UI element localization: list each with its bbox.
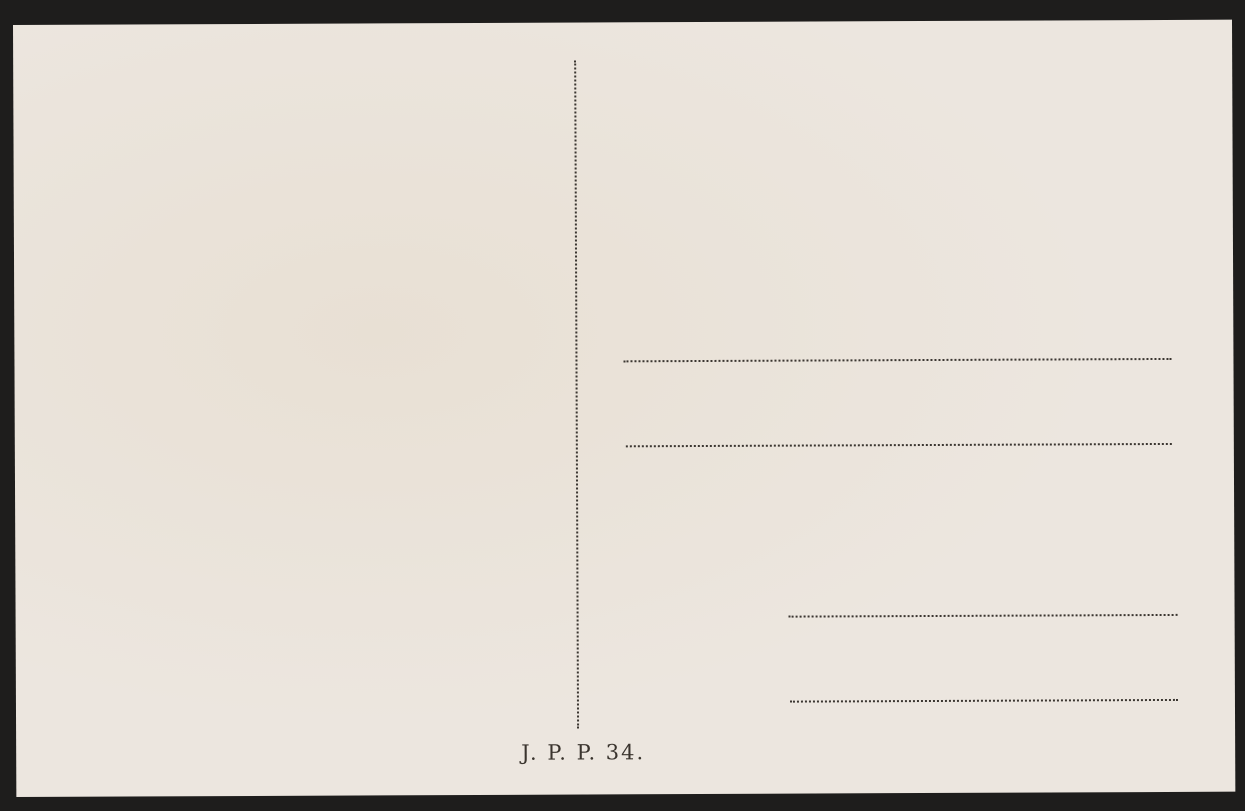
address-line-2 bbox=[626, 443, 1172, 447]
address-line-4 bbox=[790, 699, 1178, 703]
divider-line bbox=[574, 61, 579, 729]
address-line-3 bbox=[789, 614, 1178, 618]
address-line-1 bbox=[623, 358, 1171, 362]
publisher-code: J. P. P. 34. bbox=[521, 740, 645, 765]
postcard-back: J. P. P. 34. bbox=[13, 20, 1235, 797]
